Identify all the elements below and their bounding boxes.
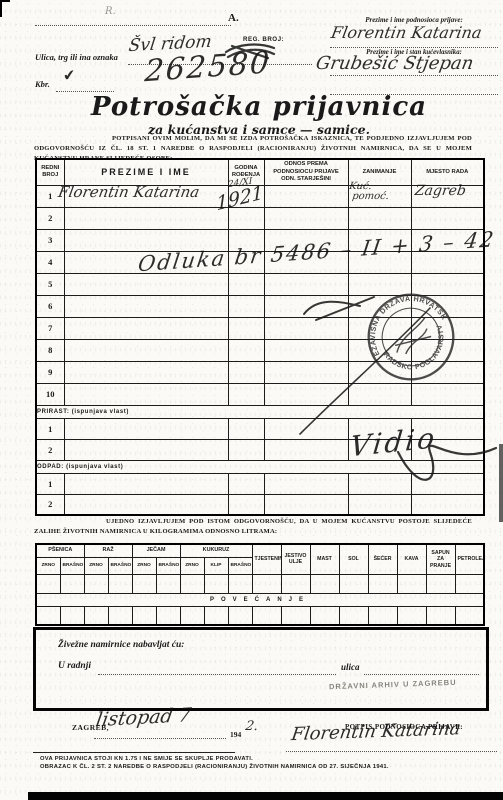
crossout-scribble	[224, 38, 276, 64]
kbr-checkmark-handwritten: ✔	[62, 66, 76, 85]
footnote-divider	[33, 752, 235, 753]
group-kukuruz: KUKURUZ	[180, 544, 252, 557]
row-number: 3	[36, 229, 64, 251]
scan-artifact-corner	[0, 0, 10, 17]
sub-zrno: ZRNO	[36, 557, 60, 574]
row-number: 2	[36, 494, 64, 515]
row-number: 1	[36, 418, 64, 439]
row-number: 4	[36, 251, 64, 273]
sub-zrno: ZRNO	[132, 557, 156, 574]
group-psenica: PŠENICA	[36, 544, 84, 557]
row-number: 10	[36, 383, 64, 405]
col-sol: SOL	[339, 544, 368, 574]
sub-brasno: BRAŠNO	[60, 557, 84, 574]
group-jecam: JEČAM	[132, 544, 180, 557]
row-number: 6	[36, 295, 64, 317]
povecanje-band: POVEĆANJE	[36, 593, 484, 606]
price-note: OVA PRIJAVNICA STOJI KN 1.75 I NE SMIJE …	[40, 756, 253, 762]
sub-zrno: ZRNO	[180, 557, 204, 574]
shop-dotted-line	[98, 673, 336, 675]
scan-artifact-bottom-bar	[28, 792, 503, 800]
row1-workplace-handwritten: Zagreb	[414, 183, 467, 199]
purchase-box: Živežne namirnice nabavljat ću: U radnji…	[33, 627, 489, 711]
ulica-label: ulica	[341, 662, 360, 672]
row-number: 1	[36, 473, 64, 494]
street-label: Ulica, trg ili ina oznaka	[35, 52, 118, 62]
col-header-odnos: ODNOS PREMA PODNOSIOCU PRIJAVE ODN. STAR…	[264, 159, 348, 185]
owner-name-handwritten: Grubešić Stjepan	[314, 53, 475, 74]
purchase-heading: Živežne namirnice nabavljat ću:	[58, 640, 184, 650]
col-header-prezime-ime: PREZIME I IME	[64, 159, 228, 185]
col-sapun: SAPUN ZA PRANJE	[426, 544, 455, 574]
scan-artifact-right-edge	[499, 444, 503, 522]
row-number: 5	[36, 273, 64, 295]
col-mast: MAST	[310, 544, 339, 574]
applicant-dotted-line	[330, 46, 498, 48]
supplies-empty-row	[36, 574, 484, 593]
row1-occupation-line2-handwritten: pomoć.	[351, 191, 389, 202]
stamp-center-scribble	[388, 317, 436, 357]
col-jestivo-ulje: JESTIVO ULJE	[281, 544, 310, 574]
row1-name-handwritten: Florentin Katarina	[57, 183, 201, 201]
prirast-band: PRIRAST: (ispunjava vlast)	[36, 405, 484, 418]
group-raz: RAŽ	[84, 544, 132, 557]
signature-handwritten: Florentin Katarina	[290, 718, 462, 745]
col-header-mjesto-rada: MJESTO RADA	[411, 159, 484, 185]
col-petrolej: PETROLEJ	[455, 544, 484, 574]
row-number: 7	[36, 317, 64, 339]
sub-brasno: BRAŠNO	[156, 557, 180, 574]
sub-brasno: BRAŠNO	[108, 557, 132, 574]
supplies-declaration-text: UJEDNO IZJAVLJUJEM POD ISTOM ODGOVORNOŠĆ…	[34, 517, 472, 537]
supplies-table: PŠENICA RAŽ JEČAM KUKURUZ TJESTENINE JES…	[35, 543, 485, 626]
row-number: 9	[36, 361, 64, 383]
row-number: 2	[36, 439, 64, 460]
applicant-name-handwritten: Florentin Katarina	[330, 23, 484, 42]
scanned-ration-form: R. A. REG. BROJ: 262580 Ulica, trg ili i…	[0, 0, 503, 800]
supplies-empty-row	[36, 606, 484, 625]
cell-relation	[264, 185, 348, 207]
ulica-dotted-line	[364, 673, 479, 675]
faint-pencil-note: R.	[105, 6, 116, 17]
owner-dotted-line	[330, 74, 498, 76]
archive-stamp-text: DRŽAVNI ARHIV U ZAGREBU	[329, 678, 457, 691]
sub-klip: KLIP	[204, 557, 228, 574]
regulation-note: OBRAZAC K ČL. 2 ST. 2 NAREDBE O RASPODJE…	[40, 764, 389, 770]
odpad-band: ODPAD: (ispunjava vlast)	[36, 460, 484, 473]
col-secer: ŠEĆER	[368, 544, 397, 574]
date-handwritten: listopad 7	[94, 704, 192, 731]
col-kava: KAVA	[397, 544, 426, 574]
shop-label: U radnji	[58, 661, 91, 671]
row-number: 8	[36, 339, 64, 361]
sub-zrno: ZRNO	[84, 557, 108, 574]
year-handwritten: 2.	[244, 719, 259, 734]
col-tjestenine: TJESTENINE	[252, 544, 281, 574]
col-header-redni-broj: REDNI BROJ	[36, 159, 64, 185]
form-title: Potrošačka prijavnica	[35, 92, 483, 122]
blank-dotted-line	[35, 24, 231, 26]
signature-dotted-line	[286, 750, 497, 752]
section-letter: A.	[228, 12, 239, 24]
sub-brasno: BRAŠNO	[228, 557, 252, 574]
date-dotted-line	[94, 737, 226, 739]
kbr-label: Kbr.	[35, 79, 50, 89]
row-number: 2	[36, 207, 64, 229]
year-printed: 194	[230, 730, 241, 739]
